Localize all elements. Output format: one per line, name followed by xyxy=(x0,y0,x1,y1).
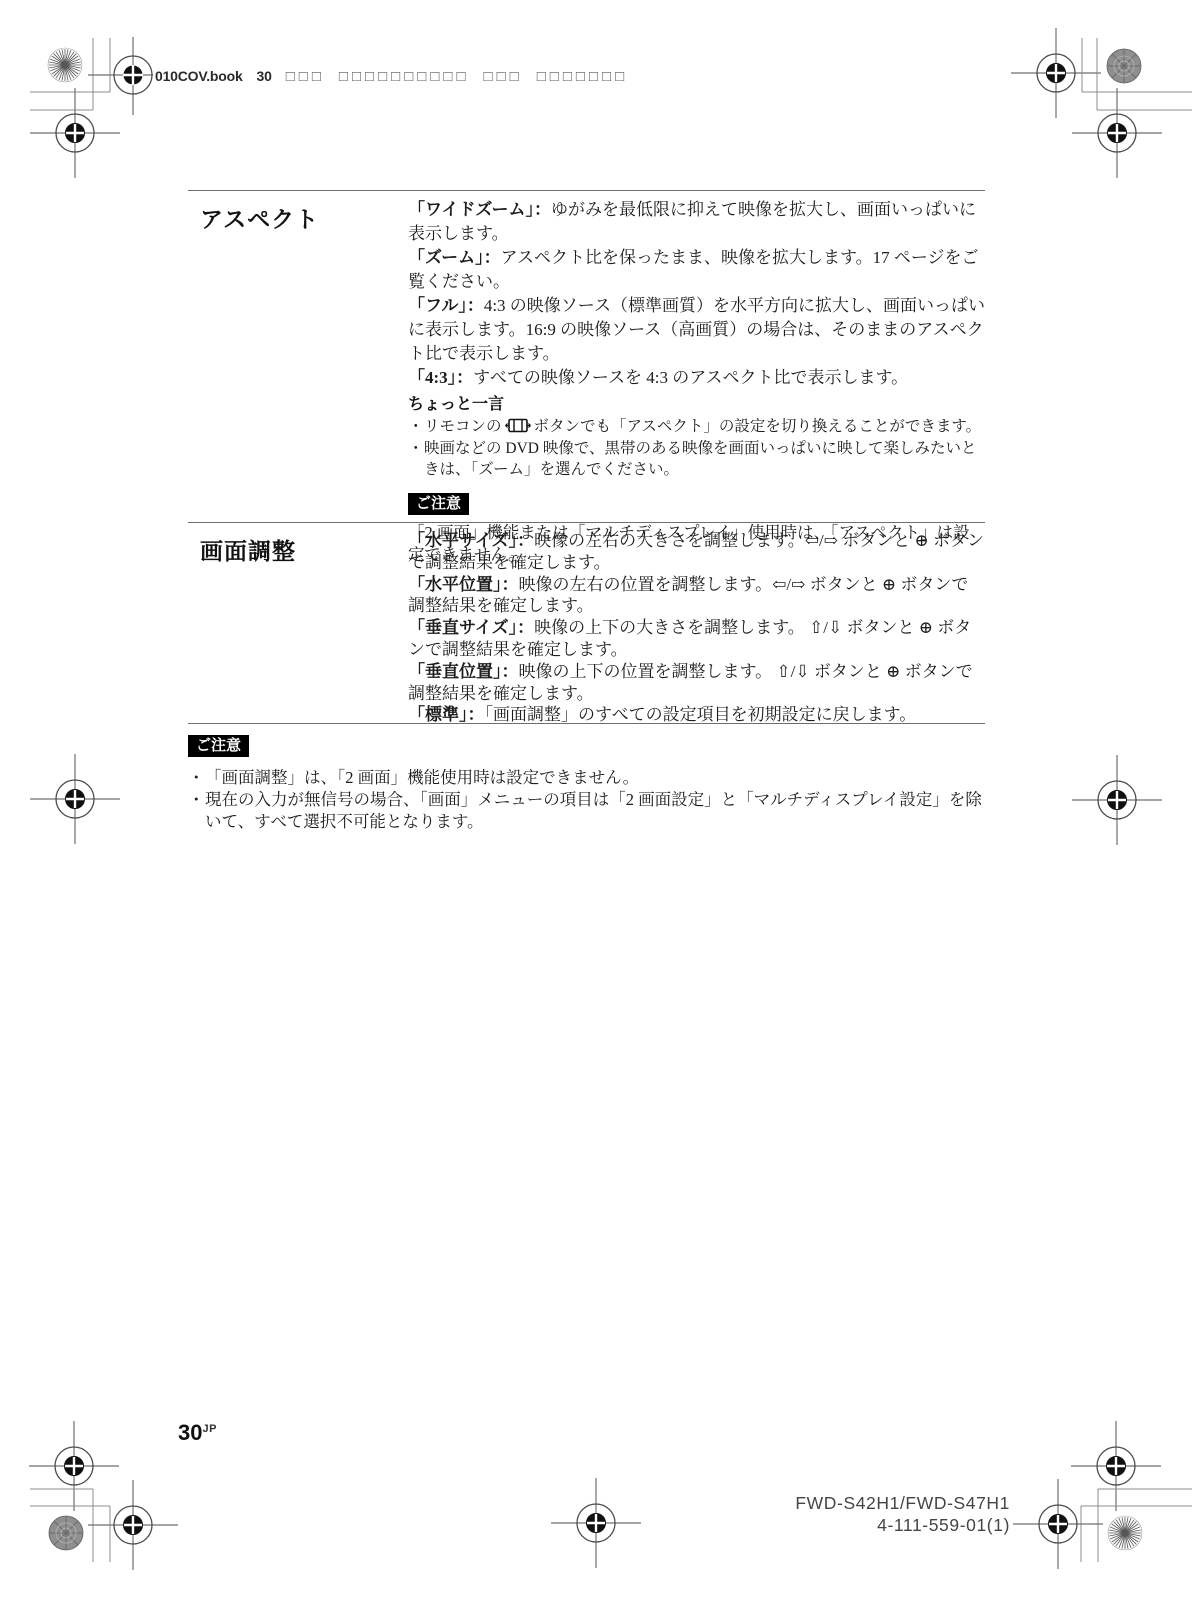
registration-mark-icon xyxy=(29,1421,119,1511)
tip-item: ・ 映画などの DVD 映像で、黒帯のある映像を画面いっぱいに映して楽しみたいと… xyxy=(408,438,985,481)
manual-page: 010COV.book 30 □□□ □□□□□□□□□□ □□□ □□□□□□… xyxy=(0,0,1192,1600)
section-divider xyxy=(188,723,985,724)
section-body-aspect: 「ワイドズーム」：ゆがみを最低限に抑えて映像を拡大し、画面いっぱいに表示します。… xyxy=(408,191,985,567)
header-tofu-group: □□□□□□□□□□ xyxy=(339,68,470,85)
header-tofu-group: □□□□□□□ xyxy=(537,68,628,85)
footer-doc-number: 4-111-559-01(1) xyxy=(795,1514,1010,1536)
tip-text: 映画などの DVD 映像で、黒帯のある映像を画面いっぱいに映して楽しみたいときは… xyxy=(424,438,985,481)
note-bullet-text: 現在の入力が無信号の場合、「画面」メニューの項目は「2 画面設定」と「マルチディ… xyxy=(205,789,988,833)
header-tofu-group: □□□ xyxy=(286,68,325,85)
note-bullet-item: ・ 「画面調整」は、「2 画面」機能使用時は設定できません。 xyxy=(188,767,988,789)
section-body-screen-adjust: 「水平サイズ」：映像の左右の大きさを調整します。⇦/⇨ ボタンと ⊕ ボタンで調… xyxy=(408,523,985,726)
note-bullet-item: ・ 現在の入力が無信号の場合、「画面」メニューの項目は「2 画面設定」と「マルチ… xyxy=(188,789,988,833)
header-filename: 010COV.book xyxy=(155,68,243,84)
definition-item: 「ワイドズーム」：ゆがみを最低限に抑えて映像を拡大し、画面いっぱいに表示します。 xyxy=(408,198,985,246)
registration-mark-icon xyxy=(1011,28,1101,118)
section-heading-aspect: アスペクト xyxy=(188,191,408,567)
definition-item: 「垂直サイズ」：映像の上下の大きさを調整します。 ⇧/⇩ ボタンと ⊕ ボタンで… xyxy=(408,617,985,661)
definition-item: 「水平位置」：映像の左右の位置を調整します。⇦/⇨ ボタンと ⊕ ボタンで調整結… xyxy=(408,574,985,618)
definition-item: 「水平サイズ」：映像の左右の大きさを調整します。⇦/⇨ ボタンと ⊕ ボタンで調… xyxy=(408,530,985,574)
registration-mark-icon xyxy=(1071,1421,1161,1511)
crop-marks-top-left xyxy=(30,38,110,110)
crop-marks-top-right xyxy=(1082,38,1192,110)
crop-marks-bottom-left xyxy=(30,1489,110,1562)
page-number: 30JP xyxy=(178,1420,217,1446)
tips-heading: ちょっと一言 xyxy=(408,394,985,416)
registration-mark-icon xyxy=(1072,88,1162,178)
starburst-mark-icon xyxy=(48,48,82,82)
crop-marks-bottom-right xyxy=(1081,1489,1192,1562)
section-aspect: アスペクト 「ワイドズーム」：ゆがみを最低限に抑えて映像を拡大し、画面いっぱいに… xyxy=(188,190,985,567)
starburst-mark-icon xyxy=(1108,1516,1142,1550)
tip-text: リモコンのボタンでも「アスペクト」の設定を切り換えることができます。 xyxy=(424,416,981,438)
page-number-suffix: JP xyxy=(202,1423,216,1435)
definition-item: 「フル」：4:3 の映像ソース（標準画質）を水平方向に拡大し、画面いっぱいに表示… xyxy=(408,294,985,366)
registration-mark-icon xyxy=(30,754,120,844)
definition-item: 「ズーム」：アスペクト比を保ったまま、映像を拡大します。17 ページをご覧くださ… xyxy=(408,246,985,294)
lattice-mark-icon xyxy=(1107,49,1141,83)
registration-mark-icon xyxy=(1072,755,1162,845)
registration-mark-icon xyxy=(88,37,153,115)
bottom-note-block: ご注意 ・ 「画面調整」は、「2 画面」機能使用時は設定できません。 ・ 現在の… xyxy=(188,735,988,833)
section-screen-adjust: 画面調整 「水平サイズ」：映像の左右の大きさを調整します。⇦/⇨ ボタンと ⊕ … xyxy=(188,522,985,726)
running-header: 010COV.book 30 □□□ □□□□□□□□□□ □□□ □□□□□□… xyxy=(155,66,628,86)
definition-item: 「垂直位置」：映像の上下の位置を調整します。 ⇧/⇩ ボタンと ⊕ ボタンで調整… xyxy=(408,661,985,705)
footer-identification: FWD-S42H1/FWD-S47H1 4-111-559-01(1) xyxy=(795,1492,1010,1536)
note-badge: ご注意 xyxy=(408,493,469,515)
tips-block: ちょっと一言 ・ リモコンのボタンでも「アスペクト」の設定を切り換えることができ… xyxy=(408,394,985,481)
definition-item: 「4:3」：すべての映像ソースを 4:3 のアスペクト比で表示します。 xyxy=(408,366,985,390)
lattice-mark-icon xyxy=(49,1516,83,1550)
header-page-ref: 30 xyxy=(257,68,272,84)
registration-mark-icon xyxy=(1013,1479,1103,1569)
note-bullet-text: 「画面調整」は、「2 画面」機能使用時は設定できません。 xyxy=(205,767,639,789)
registration-mark-icon xyxy=(30,88,120,178)
registration-mark-icon xyxy=(551,1478,641,1568)
header-tofu-group: □□□ xyxy=(484,68,523,85)
aspect-button-icon xyxy=(505,418,531,433)
section-heading-screen-adjust: 画面調整 xyxy=(188,523,408,726)
registration-mark-icon xyxy=(88,1480,178,1570)
tip-item: ・ リモコンのボタンでも「アスペクト」の設定を切り換えることができます。 xyxy=(408,416,985,438)
footer-model: FWD-S42H1/FWD-S47H1 xyxy=(795,1492,1010,1514)
note-badge: ご注意 xyxy=(188,735,249,757)
